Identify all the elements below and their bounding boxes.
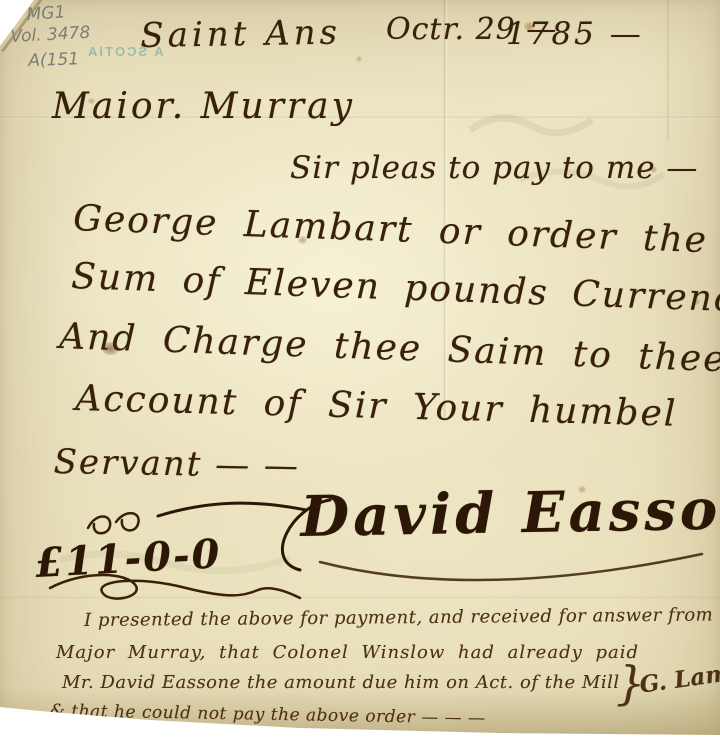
signature-underline-flourish xyxy=(320,554,702,580)
signature: David Eassone xyxy=(300,475,720,550)
fold-crease-vertical-right xyxy=(666,0,670,140)
age-spot xyxy=(356,56,362,62)
letter-place: Saint Ans xyxy=(140,12,341,55)
letter-year: 1785 — xyxy=(506,16,644,52)
letter-body-line: Sum of Eleven pounds Currencey xyxy=(71,256,720,322)
letter-salutation: Maior. Murray xyxy=(52,86,355,127)
postscript-line: Mr. David Eassone the amount due him on … xyxy=(62,672,620,693)
archive-annotation-line-2: Vol. 3478 xyxy=(10,23,91,47)
fold-crease-horizontal-lower xyxy=(0,596,720,599)
letter-body-line: And Charge thee Saim to thee xyxy=(59,316,720,380)
postscript-line: & that he could not pay the above order … xyxy=(50,701,486,729)
letter-body-line: George Lambart or order the xyxy=(73,198,709,261)
archive-annotation-line-3: A(151 xyxy=(28,49,79,71)
amount: £11-0-0 xyxy=(34,530,223,587)
postscript-line: Major Murray, that Colonel Winslow had a… xyxy=(56,642,639,663)
letter-paper: MG1 Vol. 3478 A(151 A SCOTIA Saint Ans O… xyxy=(0,0,720,741)
document-scan: MG1 Vol. 3478 A(151 A SCOTIA Saint Ans O… xyxy=(0,0,720,741)
letter-body-line: Account of Sir Your humbel xyxy=(75,378,678,435)
amount-upper-curl-flourish xyxy=(88,513,139,533)
postscript-attribution: G. Lambeth xyxy=(638,651,720,698)
letter-closing: Servant — — xyxy=(53,442,300,486)
ghost-stroke xyxy=(470,118,592,133)
postscript-line: I presented the above for payment, and r… xyxy=(84,605,713,631)
closing-dash-flourish xyxy=(158,503,306,516)
letter-opening: Sir pleas to pay to me — xyxy=(290,150,698,186)
archive-annotation-line-1: MG1 xyxy=(26,2,66,25)
